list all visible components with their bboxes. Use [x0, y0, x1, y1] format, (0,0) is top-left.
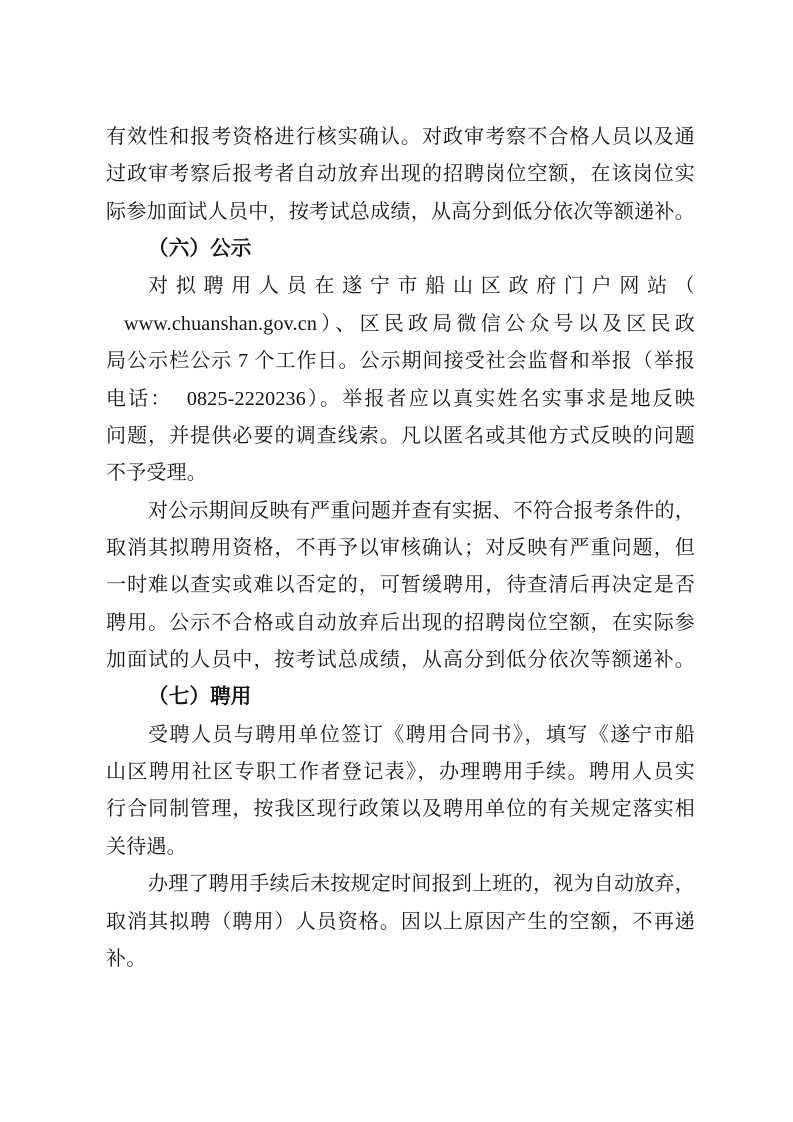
text-line: 对公示期间反映有严重问题并查有实据、不符合报考条件的，: [106, 493, 695, 530]
text-line: 际参加面试人员中，按考试总成绩，从高分到低分依次等额递补。: [106, 194, 695, 231]
text-line: 一时难以查实或难以否定的，可暂缓聘用，待查清后再决定是否: [106, 567, 695, 604]
text-line: 局公示栏公示 7 个工作日。公示期间接受社会监督和举报（举报: [106, 343, 695, 380]
text-line: 过政审考察后报考者自动放弃出现的招聘岗位空额，在该岗位实: [106, 156, 695, 193]
text-line: 办理了聘用手续后未按规定时间报到上班的，视为自动放弃，: [106, 866, 695, 903]
text-line: 受聘人员与聘用单位签订《聘用合同书》，填写《遂宁市船: [106, 717, 695, 754]
text-line: www.chuanshan.gov.cn）、区民政局微信公众号以及区民政: [106, 306, 695, 343]
document-body: 有效性和报考资格进行核实确认。对政审考察不合格人员以及通过政审考察后报考者自动放…: [106, 119, 695, 978]
text-line: 关待遇。: [106, 829, 695, 866]
text-line: 行合同制管理，按我区现行政策以及聘用单位的有关规定落实相: [106, 791, 695, 828]
text-line: 问题，并提供必要的调查线索。凡以匿名或其他方式反映的问题: [106, 418, 695, 455]
text-line: 不予受理。: [106, 455, 695, 492]
text-line: 山区聘用社区专职工作者登记表》，办理聘用手续。聘用人员实: [106, 754, 695, 791]
section-heading: （六）公示: [106, 231, 695, 268]
section-heading: （七）聘用: [106, 679, 695, 716]
text-line: 加面试的人员中，按考试总成绩，从高分到低分依次等额递补。: [106, 642, 695, 679]
text-line: 补。: [106, 941, 695, 978]
text-line: 聘用。公示不合格或自动放弃后出现的招聘岗位空额，在实际参: [106, 605, 695, 642]
text-line: 取消其拟聘（聘用）人员资格。因以上原因产生的空额，不再递: [106, 904, 695, 941]
text-line: 电话： 0825-2220236）。举报者应以真实姓名实事求是地反映: [106, 381, 695, 418]
text-line: 对拟聘用人员在遂宁市船山区政府门户网站（: [106, 268, 695, 305]
text-line: 有效性和报考资格进行核实确认。对政审考察不合格人员以及通: [106, 119, 695, 156]
document-page: 有效性和报考资格进行核实确认。对政审考察不合格人员以及通过政审考察后报考者自动放…: [0, 0, 793, 1122]
text-line: 取消其拟聘用资格，不再予以审核确认；对反映有严重问题，但: [106, 530, 695, 567]
